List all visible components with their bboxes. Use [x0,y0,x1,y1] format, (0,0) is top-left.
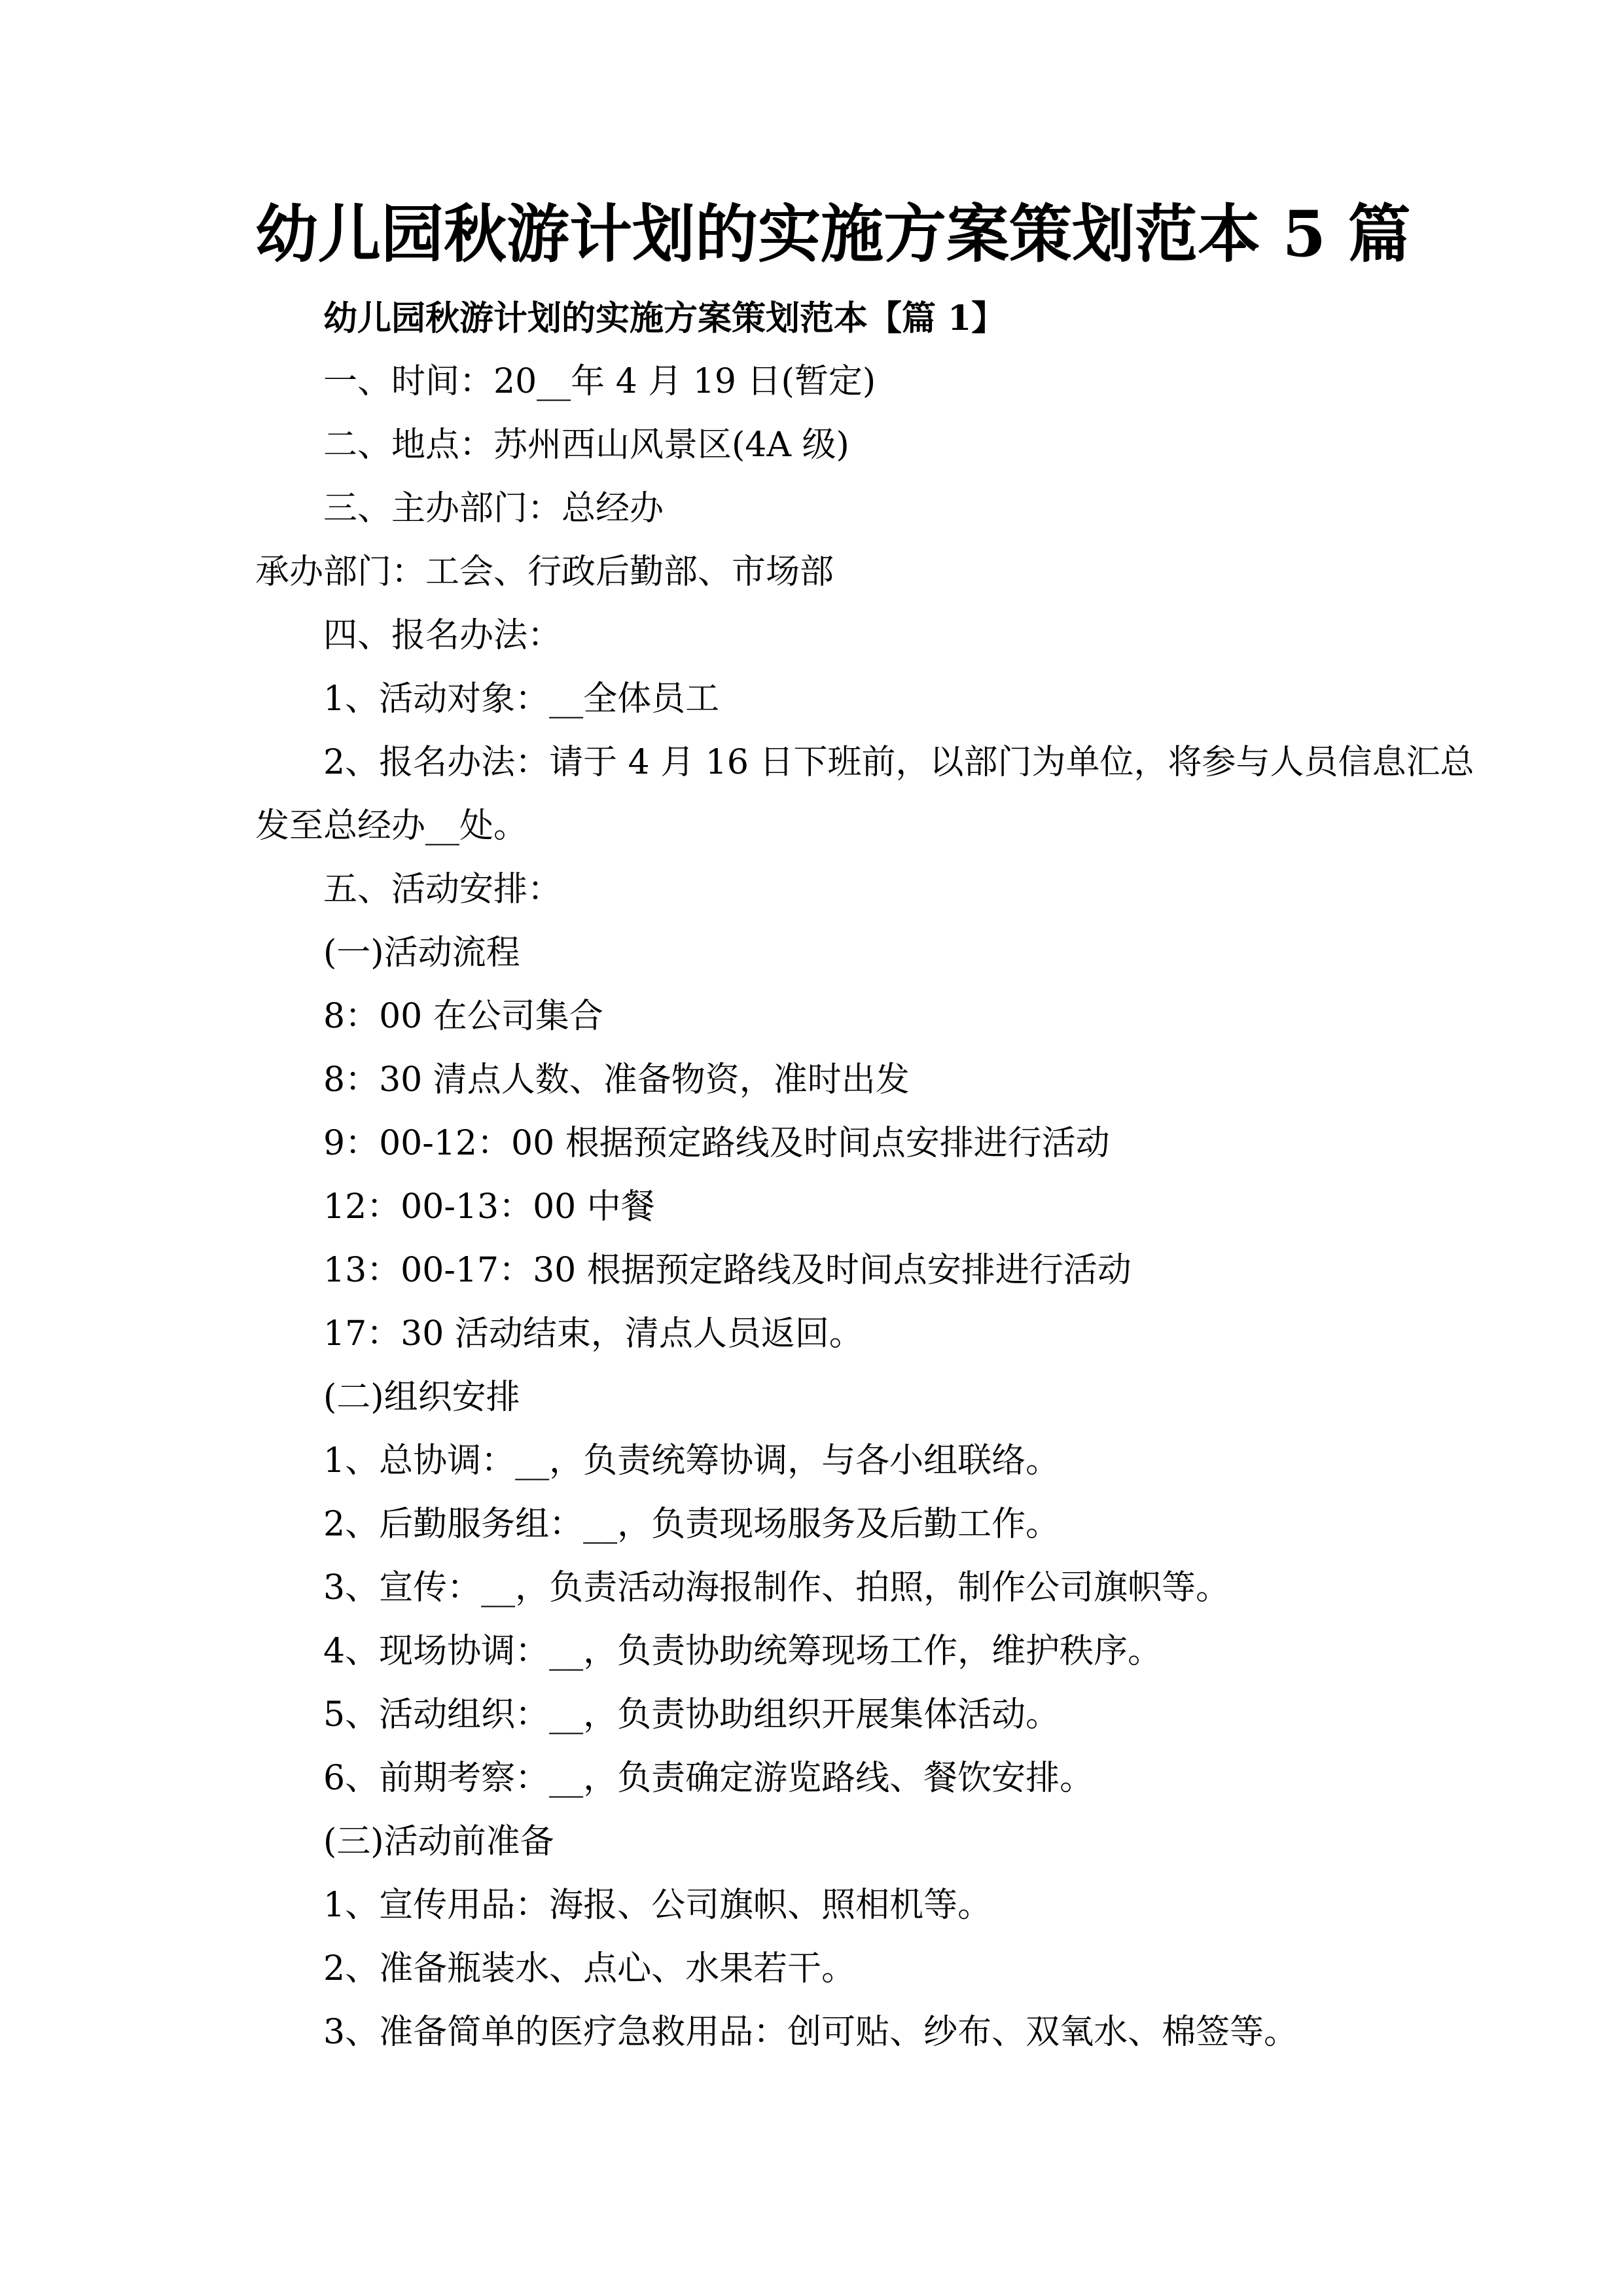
document-line: 4、现场协调：__，负责协助统筹现场工作，维护秩序。 [255,1620,1376,1683]
document-line: 9：00-12：00 根据预定路线及时间点安排进行活动 [255,1112,1376,1175]
document-line: 三、主办部门：总经办 [255,477,1376,541]
document-line: 五、活动安排： [255,858,1376,922]
document-line: 1、总协调：__，负责统筹协调，与各小组联络。 [255,1429,1376,1493]
document-line: 一、时间：20__年 4 月 19 日(暂定) [255,350,1376,414]
document-line: (三)活动前准备 [255,1810,1376,1874]
document-line: 承办部门：工会、行政后勤部、市场部 [255,541,1376,604]
document-line: 四、报名办法： [255,604,1376,668]
document-line: 发至总经办__处。 [255,795,1376,858]
document-page: 幼儿园秋游计划的实施方案策划范本 5 篇 幼儿园秋游计划的实施方案策划范本【篇 … [0,0,1623,2296]
document-line: (一)活动流程 [255,922,1376,985]
document-line: 17：30 活动结束，清点人员返回。 [255,1302,1376,1366]
document-line: 5、活动组织：__，负责协助组织开展集体活动。 [255,1683,1376,1747]
document-line: 12：00-13：00 中餐 [255,1175,1376,1239]
document-line: 8：00 在公司集合 [255,985,1376,1049]
document-line: (二)组织安排 [255,1366,1376,1429]
document-line: 1、宣传用品：海报、公司旗帜、照相机等。 [255,1874,1376,1937]
document-line: 3、准备简单的医疗急救用品：创可贴、纱布、双氧水、棉签等。 [255,2001,1376,2064]
section-heading: 幼儿园秋游计划的实施方案策划范本【篇 1】 [255,287,1376,350]
document-line: 2、后勤服务组：__，负责现场服务及后勤工作。 [255,1493,1376,1556]
document-line: 二、地点：苏州西山风景区(4A 级) [255,414,1376,477]
document-content: 幼儿园秋游计划的实施方案策划范本 5 篇 幼儿园秋游计划的实施方案策划范本【篇 … [255,0,1376,2064]
document-line: 8：30 清点人数、准备物资，准时出发 [255,1049,1376,1112]
document-line: 3、宣传：__，负责活动海报制作、拍照，制作公司旗帜等。 [255,1556,1376,1620]
document-line: 2、准备瓶装水、点心、水果若干。 [255,1937,1376,2001]
document-line: 2、报名办法：请于 4 月 16 日下班前，以部门为单位，将参与人员信息汇总 [255,731,1376,795]
document-line: 6、前期考察：__，负责确定游览路线、餐饮安排。 [255,1747,1376,1810]
document-line: 1、活动对象：__全体员工 [255,668,1376,731]
document-title: 幼儿园秋游计划的实施方案策划范本 5 篇 [255,182,1376,287]
document-line: 13：00-17：30 根据预定路线及时间点安排进行活动 [255,1239,1376,1302]
